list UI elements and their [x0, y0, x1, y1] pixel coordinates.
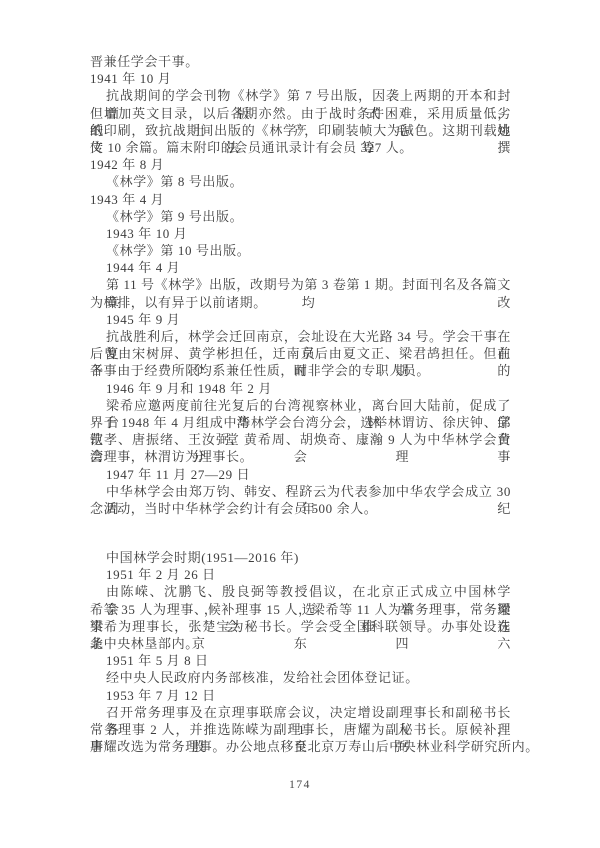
text-line: 抗战期间的学会刊物《林学》第 7 号出版，因袭上两期的开本和封面版式，: [90, 87, 511, 104]
text-line: 召开常务理事及在京理事联席会议，决定增设副理事长和副秘书长各 1 人，: [90, 704, 511, 721]
blank-line: [90, 533, 511, 549]
text-line: 由陈嵘、沈鹏飞、殷良弼等教授倡议，在北京正式成立中国林学会，选举梁: [90, 583, 511, 600]
text-line: 经中央人民政府内务部核准，发给社会团体登记证。: [90, 669, 511, 686]
text-line: 但增加英文目录，以后各期亦然。由于战时条件困难，采用质量低劣的土产毛边: [90, 105, 511, 122]
text-line: 1941 年 10 月: [90, 70, 511, 87]
text-line: 后曾由宋树屏、黄学彬担任，迁南京后由夏文正、梁君鸪担任。但在各个时期的: [90, 345, 511, 362]
blank-line: [90, 517, 511, 533]
text-block: 晋兼任学会干事。1941 年 10 月抗战期间的学会刊物《林学》第 7 号出版，…: [90, 53, 511, 755]
text-line: 范孝、唐振绪、王汝弼、黄希周、胡焕奇、康瀚 9 人为中华林学会台湾分会理事: [90, 431, 511, 448]
text-line: 梁希应邀两度前往光复后的台湾视察林业，离台回大陆前，促成了台湾林学: [90, 397, 511, 414]
page-number: 174: [0, 779, 600, 791]
document-page: 晋兼任学会干事。1941 年 10 月抗战期间的学会刊物《林学》第 7 号出版，…: [0, 0, 600, 848]
text-line: 界于 1948 年 4 月组成中华林学会台湾分会，选举林谓访、徐庆钟、邱钦堂、黄: [90, 414, 511, 431]
text-line: 抗战胜利后，林学会迁回南京，会址设在大光路 34 号。学会干事在复员前: [90, 328, 511, 345]
text-line: 1947 年 11 月 27—29 日: [90, 466, 511, 483]
text-line: 1951 年 5 月 8 日: [90, 652, 511, 669]
text-line: 第 11 号《林学》出版，改期号为第 3 卷第 1 期。封面刊名及各篇文章均改: [90, 276, 511, 293]
text-line: 中国林学会时期(1951—2016 年): [90, 549, 511, 566]
text-line: 1943 年 4 月: [90, 191, 511, 208]
text-line: 1953 年 7 月 12 日: [90, 687, 511, 704]
text-line: 晋兼任学会干事。: [90, 53, 511, 70]
text-line: 1943 年 10 月: [90, 225, 511, 242]
text-line: 梁希为理事长，张楚宝为秘书长。学会受全国科联领导。办事处设在北京东四六: [90, 618, 511, 635]
text-line: 唐耀改选为常务理事。办公地点移至北京万寿山后中央林业科学研究所内。: [90, 738, 511, 755]
text-line: 中华林学会由郑万钧、韩安、程跻云为代表参加中华农学会成立 30 周年纪: [90, 483, 511, 500]
text-line: 《林学》第 9 号出版。: [90, 208, 511, 225]
text-line: 1946 年 9 月和 1948 年 2 月: [90, 380, 511, 397]
text-line: 1945 年 9 月: [90, 311, 511, 328]
text-line: 常务理事 2 人，并推选陈嵘为副理事长，唐耀为副秘书长。原候补理事殷良弼、: [90, 721, 511, 738]
text-line: 希等 35 人为理事、候补理事 15 人，梁希等 11 人为常务理事，常务理事会…: [90, 601, 511, 618]
text-line: 1951 年 2 月 26 日: [90, 566, 511, 583]
text-line: 1942 年 8 月: [90, 156, 511, 173]
text-line: 1944 年 4 月: [90, 259, 511, 276]
text-line: 《林学》第 8 号出版。: [90, 173, 511, 190]
text-line: 纸印刷，致抗战期间出版的《林学》，印刷装帧大为减色。这期刊载姚传法等撰: [90, 122, 511, 139]
text-line: 《林学》第 10 号出版。: [90, 242, 511, 259]
